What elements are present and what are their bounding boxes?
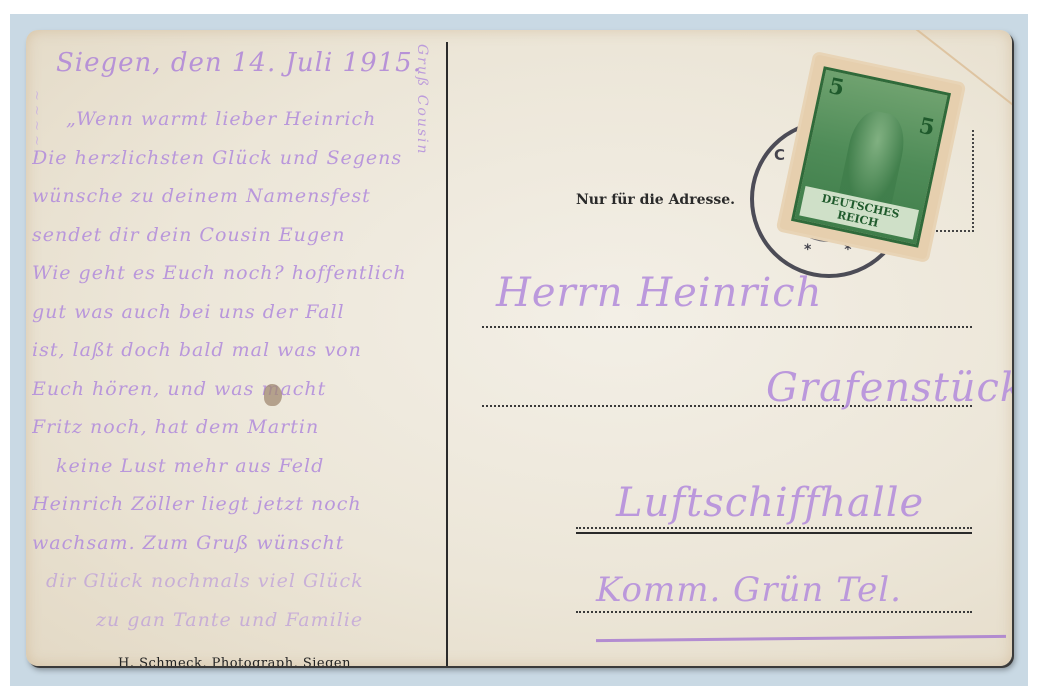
message-line: Heinrich Zöller liegt jetzt noch bbox=[32, 493, 362, 515]
address-line-4 bbox=[576, 611, 972, 613]
address-place: Luftschiffhalle bbox=[616, 480, 924, 526]
address-unit: Komm. Grün Tel. bbox=[596, 570, 902, 610]
message-line: Euch hören, und was macht bbox=[32, 378, 326, 400]
address-recipient: Herrn Heinrich bbox=[496, 270, 822, 316]
center-divider-line bbox=[446, 42, 448, 666]
message-line: Wie geht es Euch noch? hoffentlich bbox=[32, 262, 407, 284]
address-underline-stroke bbox=[596, 635, 1006, 642]
vertical-margin-note: Gruß Cousin bbox=[414, 44, 430, 156]
message-line: „Wenn warmt lieber Heinrich bbox=[66, 108, 376, 130]
address-line-3 bbox=[576, 527, 972, 529]
message-line: dir Glück nochmals viel Glück bbox=[46, 570, 364, 592]
message-line: zu gan Tante und Familie bbox=[96, 609, 363, 631]
postcard: ~ ~ ~ ~ ~ Siegen, den 14. Juli 1915. Gru… bbox=[26, 30, 1012, 666]
date-line: Siegen, den 14. Juli 1915. bbox=[56, 48, 422, 78]
message-line: ist, laßt doch bald mal was von bbox=[32, 339, 362, 361]
message-line: gut was auch bei uns der Fall bbox=[32, 301, 345, 323]
address-street: Grafenstück bbox=[766, 365, 1012, 411]
paper-stain bbox=[264, 384, 282, 406]
address-line-3-underline bbox=[576, 532, 972, 534]
message-line: wachsam. Zum Gruß wünscht bbox=[32, 532, 344, 554]
publisher-imprint: H. Schmeck, Photograph, Siegen bbox=[118, 656, 351, 666]
message-line: wünsche zu deinem Namensfest bbox=[32, 185, 371, 207]
message-line: Die herzlichsten Glück und Segens bbox=[32, 147, 402, 169]
stamp-denomination: 5 bbox=[917, 113, 937, 142]
stamp-denomination: 5 bbox=[826, 73, 846, 102]
stamp-face: 5 5 DEUTSCHES REICH bbox=[791, 66, 951, 248]
postmark-city: C bbox=[774, 146, 788, 164]
address-line-1 bbox=[482, 326, 972, 328]
message-line: sendet dir dein Cousin Eugen bbox=[32, 224, 346, 246]
message-line: keine Lust mehr aus Feld bbox=[56, 455, 324, 477]
message-line: Fritz noch, hat dem Martin bbox=[32, 416, 319, 438]
address-label: Nur für die Adresse. bbox=[576, 192, 735, 208]
